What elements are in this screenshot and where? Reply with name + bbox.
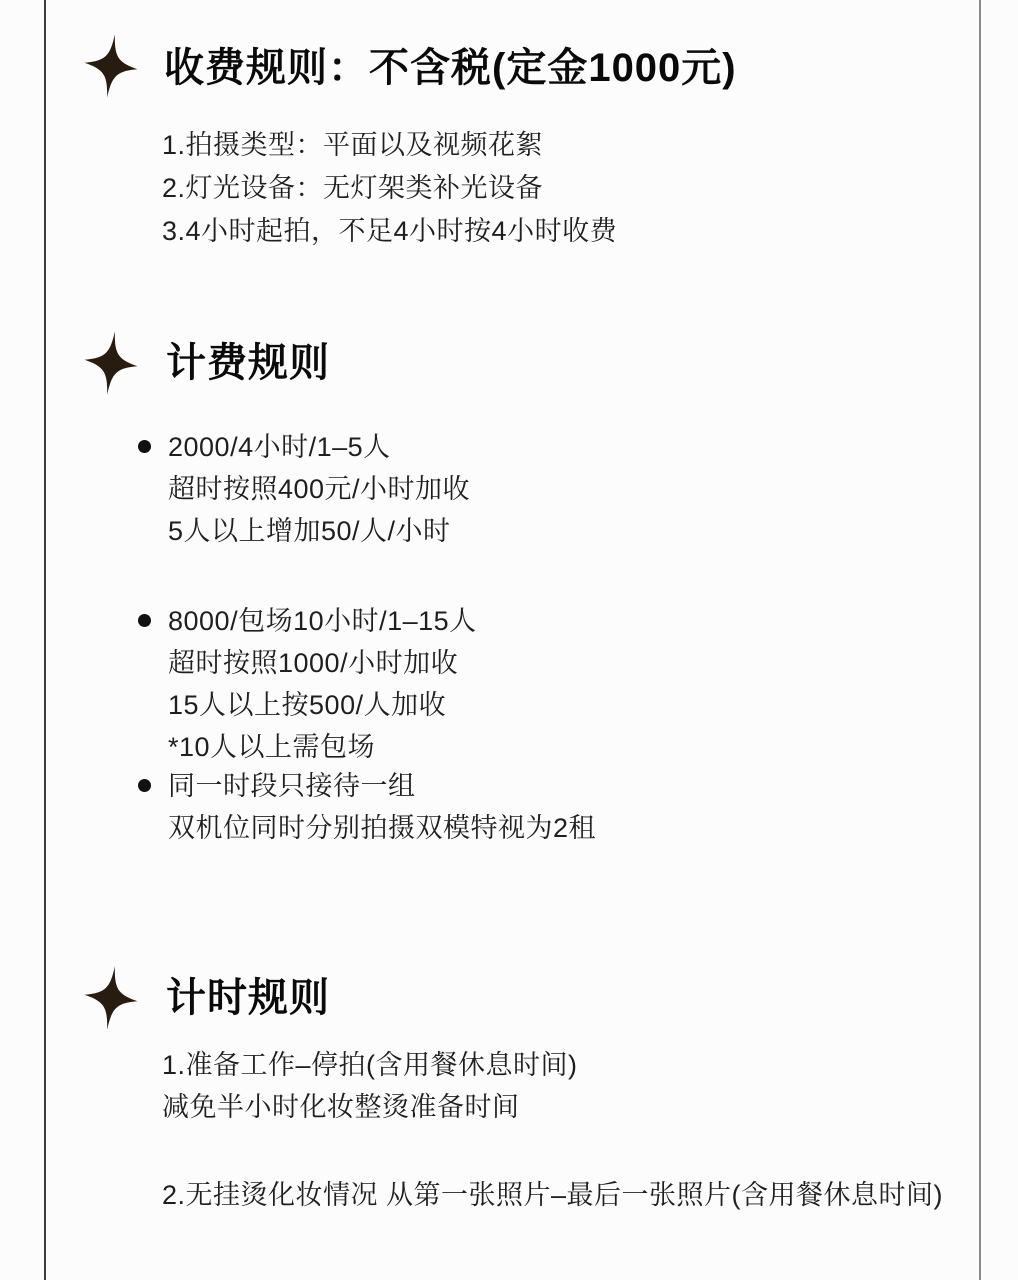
bullet-circle-icon	[138, 779, 151, 792]
billing-bullet-item: 同一时段只接待一组 双机位同时分别拍摄双模特视为2租	[138, 765, 596, 849]
bullet-circle-icon	[138, 614, 151, 627]
rule-line: 2.灯光设备：无灯架类补光设备	[162, 167, 617, 210]
right-border-line	[979, 0, 981, 1280]
left-border-line	[44, 0, 46, 1280]
rule-line: 8000/包场10小时/1–15人	[168, 600, 477, 642]
rule-line: 5人以上增加50/人/小时	[168, 510, 470, 552]
billing-bullet-item: 8000/包场10小时/1–15人 超时按照1000/小时加收 15人以上按50…	[138, 600, 477, 768]
section-title-billing-rules: 计费规则	[166, 337, 330, 389]
bullet-text: 8000/包场10小时/1–15人 超时按照1000/小时加收 15人以上按50…	[168, 600, 477, 768]
rule-line: 超时按照400元/小时加收	[168, 468, 470, 510]
section-title-timing-rules: 计时规则	[166, 972, 330, 1024]
rule-line: 15人以上按500/人加收	[168, 684, 477, 726]
four-point-star-icon	[84, 331, 138, 395]
four-point-star-icon	[84, 34, 138, 98]
bullet-text: 2000/4小时/1–5人 超时按照400元/小时加收 5人以上增加50/人/小…	[168, 426, 470, 552]
rule-line: 2.无挂烫化妆情况 从第一张照片–最后一张照片(含用餐休息时间)	[162, 1174, 943, 1216]
rule-line: 双机位同时分别拍摄双模特视为2租	[168, 807, 596, 849]
timing-paragraph: 2.无挂烫化妆情况 从第一张照片–最后一张照片(含用餐休息时间)	[162, 1174, 943, 1216]
rule-line: 1.准备工作–停拍(含用餐休息时间)	[162, 1044, 578, 1086]
billing-bullet-item: 2000/4小时/1–5人 超时按照400元/小时加收 5人以上增加50/人/小…	[138, 426, 470, 552]
rule-line: 超时按照1000/小时加收	[168, 642, 477, 684]
bullet-circle-icon	[138, 440, 151, 453]
timing-paragraph: 1.准备工作–停拍(含用餐休息时间) 减免半小时化妆整烫准备时间	[162, 1044, 578, 1128]
pricing-rules-page: 收费规则：不含税(定金1000元) 1.拍摄类型：平面以及视频花絮 2.灯光设备…	[0, 0, 1018, 1280]
rule-line: *10人以上需包场	[168, 726, 477, 768]
rule-line: 1.拍摄类型：平面以及视频花絮	[162, 124, 617, 167]
rule-line: 2000/4小时/1–5人	[168, 426, 470, 468]
section-title-charging-rules: 收费规则：不含税(定金1000元)	[164, 42, 737, 94]
bullet-text: 同一时段只接待一组 双机位同时分别拍摄双模特视为2租	[168, 765, 596, 849]
charging-rules-list: 1.拍摄类型：平面以及视频花絮 2.灯光设备：无灯架类补光设备 3.4小时起拍，…	[162, 124, 617, 253]
rule-line: 减免半小时化妆整烫准备时间	[162, 1086, 578, 1128]
four-point-star-icon	[84, 966, 138, 1030]
rule-line: 同一时段只接待一组	[168, 765, 596, 807]
rule-line: 3.4小时起拍，不足4小时按4小时收费	[162, 210, 617, 253]
